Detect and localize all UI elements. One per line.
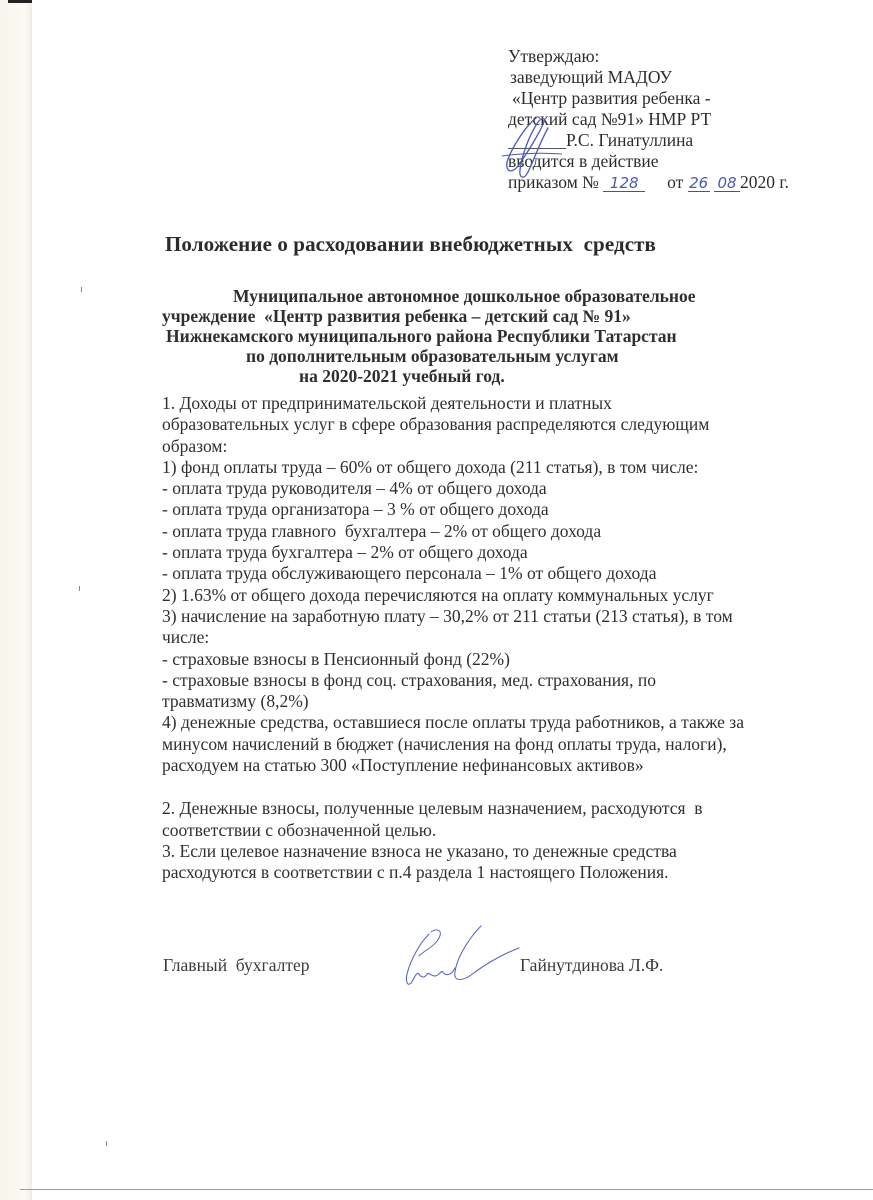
signature-line — [508, 132, 566, 149]
scan-edge — [0, 0, 32, 1200]
date-month: 08 — [714, 175, 740, 192]
scan-speck — [79, 586, 80, 591]
approval-block: Утверждаю: заведующий МАДОУ «Центр разви… — [508, 46, 789, 193]
body-line: 1) фонд оплаты труда – 60% от общего дох… — [162, 457, 842, 478]
paragraph-gap — [162, 776, 842, 798]
body-line: - страховые взносы в Пенсионный фонд (22… — [162, 649, 842, 670]
order-number: 128 — [603, 175, 645, 192]
org-line: Нижнекамского муниципального района Респ… — [158, 326, 798, 346]
approval-position: заведующий МАДОУ — [508, 67, 789, 88]
body-line: травматизму (8,2%) — [162, 691, 842, 712]
body-line: расходуем на статью 300 «Поступление неф… — [162, 755, 842, 776]
date-day: 26 — [688, 175, 710, 192]
body-line: 1. Доходы от предпринимательской деятель… — [162, 393, 842, 414]
body-line: числе: — [162, 627, 842, 648]
body-line: - оплата труда главного бухгалтера – 2% … — [162, 521, 842, 542]
body-line: 3) начисление на заработную плату – 30,2… — [162, 606, 842, 627]
body-line: расходуются в соответствии с п.4 раздела… — [162, 862, 842, 883]
body-line: - оплата труда обслуживающего персонала … — [162, 563, 842, 584]
approval-signer-name: Р.С. Гинатуллина — [566, 130, 693, 150]
body-line: - оплата труда организатора – 3 % от общ… — [162, 499, 842, 520]
approval-org-line1: «Центр развития ребенка - — [508, 88, 789, 109]
date-prefix: от — [667, 172, 683, 192]
scan-speck — [81, 287, 82, 292]
org-line: Муниципальное автономное дошкольное обра… — [158, 286, 798, 306]
approval-order-row: приказом № 128 от 26 082020 г. — [508, 172, 789, 193]
body-line: 2. Денежные взносы, полученные целевым н… — [162, 798, 842, 819]
approval-effective-label: вводится в действие — [508, 151, 789, 172]
body-line: соответствии с обозначенной целью. — [162, 820, 842, 841]
accountant-signature-icon — [385, 922, 525, 994]
approval-org-line2: детский сад №91» НМР РТ — [508, 109, 789, 130]
body-line: - оплата труда бухгалтера – 2% от общего… — [162, 542, 842, 563]
body-line: 3. Если целевое назначение взноса не ука… — [162, 841, 842, 862]
body-line: 2) 1.63% от общего дохода перечисляются … — [162, 585, 842, 606]
body-line: образовательных услуг в сфере образовани… — [162, 414, 842, 435]
footer-name: Гайнутдинова Л.Ф. — [520, 955, 663, 976]
body-line: 4) денежные средства, оставшиеся после о… — [162, 712, 842, 733]
org-line: на 2020-2021 учебный год. — [158, 366, 798, 386]
body-line: образом: — [162, 436, 842, 457]
scan-speck — [106, 1141, 107, 1146]
org-line: по дополнительным образовательным услуга… — [158, 346, 798, 366]
document-body: 1. Доходы от предпринимательской деятель… — [162, 393, 842, 884]
footer-role: Главный бухгалтер — [163, 955, 310, 976]
body-line: - страховые взносы в фонд соц. страхован… — [162, 670, 842, 691]
date-year: 2020 г. — [740, 172, 789, 192]
scan-bottom-edge — [20, 1189, 873, 1190]
org-line: учреждение «Центр развития ребенка – дет… — [158, 306, 798, 326]
approval-label: Утверждаю: — [508, 46, 789, 67]
organization-block: Муниципальное автономное дошкольное обра… — [158, 286, 798, 386]
order-prefix: приказом № — [508, 172, 599, 192]
document-title: Положение о расходовании внебюджетных ср… — [165, 232, 656, 257]
body-line: - оплата труда руководителя – 4% от обще… — [162, 478, 842, 499]
scan-corner-mark — [8, 0, 32, 3]
approval-signer-row: Р.С. Гинатуллина — [508, 130, 789, 151]
body-line: минусом начислений в бюджет (начисления … — [162, 734, 842, 755]
